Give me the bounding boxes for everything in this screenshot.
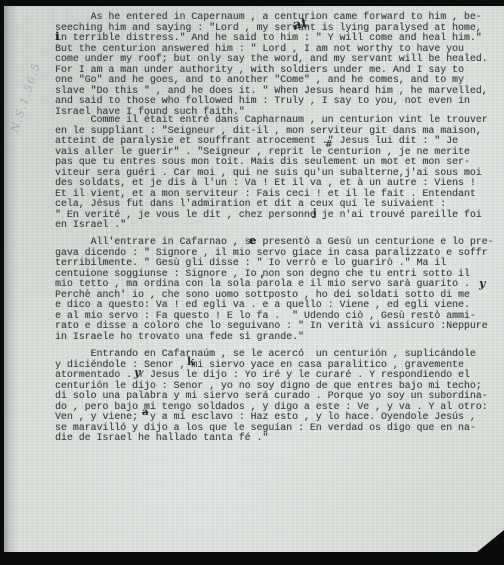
ink-insertion-parola: ' — [260, 273, 264, 287]
paragraph-english: As he entered in Capernaum , a centurion… — [55, 12, 488, 117]
ink-mark-personne: j — [313, 208, 317, 219]
ink-mark-guarito: y — [479, 277, 485, 290]
paragraph-spanish: Entrando en Cafarnaúm , se le acercó un … — [55, 349, 488, 444]
ink-mark-y-jesus: y — [134, 366, 140, 379]
ink-struck-letter: a — [142, 407, 148, 418]
ink-correction-mi-siervo: k — [187, 355, 195, 368]
ink-correction-in: i — [55, 30, 59, 43]
ink-mark-atrocement: # — [325, 140, 333, 150]
ink-correction-servant: at — [292, 16, 309, 33]
paragraph-italian: All'entrare in Cafarnao , se presentò a … — [55, 237, 494, 342]
scanned-document-screen: N.S.1.56.5 As he entered in Capernaum , … — [0, 0, 504, 565]
ink-correction-se: e — [249, 234, 256, 247]
paragraph-french: Comme il était entré dans Capharnaum , u… — [55, 115, 488, 231]
